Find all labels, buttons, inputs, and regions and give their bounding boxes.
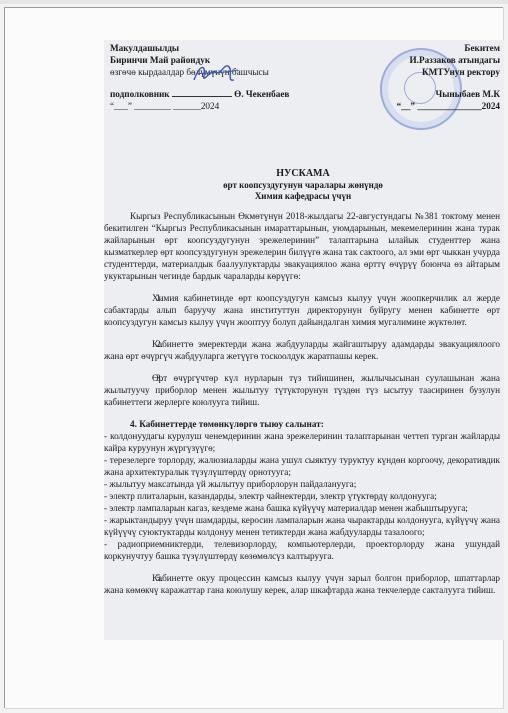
item-text: Кабинетте окуу процессин камсыз кылуу үч… [104, 573, 500, 595]
item-2: 2.Кабинеттө эмеректерди жана жабдууларды… [104, 338, 500, 362]
prohibition-item: - колдонуудагы курулуш ченемдеринин жана… [104, 430, 500, 454]
item-number: 5. [130, 572, 152, 584]
prohibition-item: - терезелерге торлорду, жалюзиаларды жан… [104, 454, 500, 478]
item-text: Химия кабинетинде өрт коопсуздугун камсы… [104, 293, 500, 327]
item-number: 3. [130, 372, 152, 384]
intro-paragraph: Кыргыз Республикасынын Өкмөтүнүн 2018-жы… [104, 210, 500, 282]
document-subtitle: өрт коопсуздугунун чаралары жөнүндө [104, 180, 502, 191]
document-title: НУСКАМА [104, 168, 502, 180]
document-title-block: НУСКАМА өрт коопсуздугунун чаралары жөнү… [104, 168, 502, 202]
agreed-date: “___” ________ ______2024 [110, 100, 300, 112]
item-5: 5.Кабинетте окуу процессин камсыз кылуу … [104, 572, 500, 596]
item-text: Кабинеттө эмеректерди жана жабдууларды ж… [104, 339, 500, 361]
approved-position-line: КМТУнун ректору [340, 66, 500, 78]
item-number: 2. [130, 338, 152, 350]
agreed-name: Ө. Чекенбаев [234, 89, 289, 99]
approved-name: Чыныбаев М.К [340, 88, 500, 100]
prohibition-item: - жылытуу максатында үй жылытуу приборло… [104, 478, 500, 490]
item-number: 1. [130, 292, 152, 304]
document-department: Химия кафедрасы үчүн [104, 191, 502, 202]
agreed-rank: подполковник [110, 89, 170, 99]
agreed-label: Макулдашылды [110, 42, 300, 54]
prohibition-item: - радиоприемниктерди, телевизорлорду, ко… [104, 538, 500, 562]
document-body: Кыргыз Республикасынын Өкмөтүнүн 2018-жы… [104, 210, 500, 606]
approved-label: Бекитем [340, 42, 500, 54]
agreed-signatory: подполковник Ө. Чекенбаев [110, 88, 300, 100]
prohibition-item: - электр лампаларын кагаз, кездеме жана … [104, 502, 500, 514]
prohibition-item: - жарыктандыруу үчүн шамдарды, керосин л… [104, 514, 500, 538]
viewer-top-strip [0, 0, 508, 4]
agreed-position-line: өзгөчө кырдаалдар бөлүмүнүн башчысы [110, 66, 300, 78]
agreed-org-line: Биринчи Май райондук [110, 54, 300, 66]
prohibitions-title: 4. Кабинеттерде төмөнкүлөргө тыюу салына… [104, 418, 500, 430]
approval-block-left: Макулдашылды Биринчи Май райондук өзгөчө… [110, 42, 300, 112]
approval-block-right: Бекитем И.Раззаков атындагы КМТУнун рект… [340, 42, 500, 112]
prohibition-item: - электр плиталарын, казандарды, электр … [104, 490, 500, 502]
item-3: 3.Өрт өчүргүчтөр күл нурларын түз тийиши… [104, 372, 500, 408]
item-text: Өрт өчүргүчтөр күл нурларын түз тийишине… [104, 373, 500, 407]
approved-date: “__” ______________2024 [340, 100, 500, 112]
approved-org-line: И.Раззаков атындагы [340, 54, 500, 66]
item-1: 1.Химия кабинетинде өрт коопсуздугун кам… [104, 292, 500, 328]
